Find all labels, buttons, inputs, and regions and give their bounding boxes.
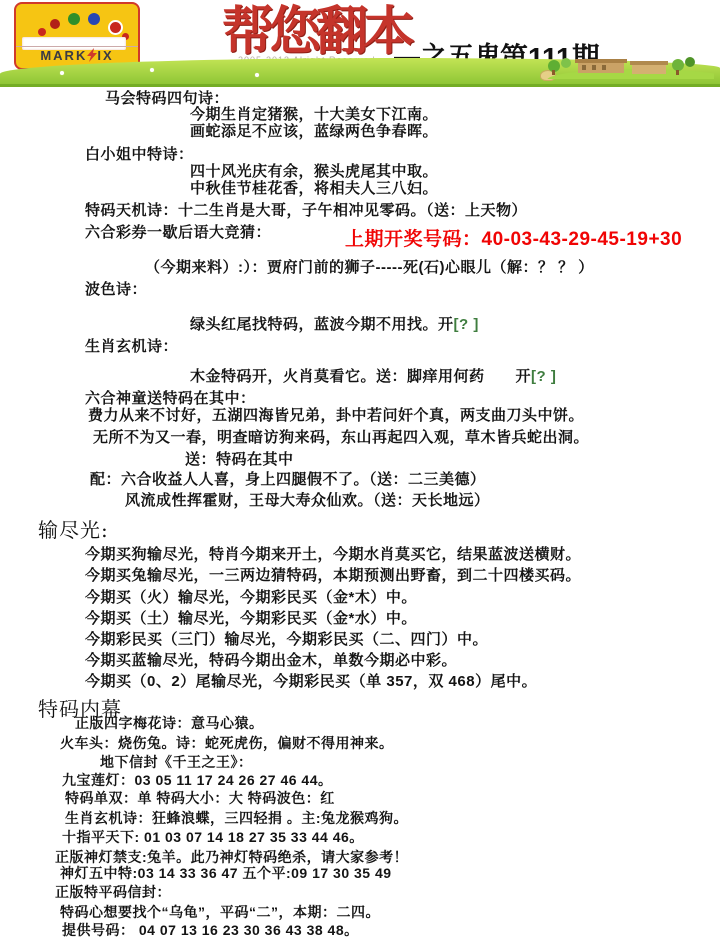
flower-dot — [150, 68, 154, 72]
logo-dot — [108, 20, 123, 35]
open-unknown-bracket: [? ] — [454, 316, 479, 333]
doc-line-shujinguang: 今期买狗输尽光，特肖今期来开土，今期水肖莫买它，结果蓝波送横财。 — [85, 546, 581, 563]
logo-brand-left: MARK — [40, 48, 87, 63]
doc-line-jiubaoliandeng: 九宝莲灯：03 05 11 17 24 26 27 46 44。 — [62, 772, 333, 788]
doc-line-xinfeng: 地下信封《千王之王》： — [100, 754, 253, 770]
doc-line-shujinguang: 今期买兔输尽光，一三两边猜特码，本期预测出野畜，到二十四楼买码。 — [85, 567, 581, 584]
doc-line-text: 绿头红尾找特码，蓝波今期不用找。开 — [190, 316, 454, 333]
doc-line-shujinguang: 今期买（火）输尽光，今期彩民买（金*木）中。 — [85, 589, 417, 606]
doc-line-shujinguang: 今期买（土）输尽光，今期彩民买（金*水）中。 — [85, 610, 417, 627]
doc-line-laiLiao: （今期来料）:）：贾府门前的狮子-----死(石)心眼儿（解：？ ？ ） — [145, 259, 594, 276]
doc-line-tigonghaoma: 提供号码： 04 07 13 16 23 30 36 43 38 48。 — [62, 922, 359, 938]
flower-dot — [60, 71, 64, 75]
doc-line-shujinguang: 今期彩民买（三门）输尽光，今期彩民买（二、四门）中。 — [85, 631, 488, 648]
doc-line-poem: 四十风光庆有余，猴头虎尾其中取。 — [190, 163, 438, 180]
doc-line-song: 送：特码在其中 — [185, 451, 294, 468]
doc-line-mahui-title: 马会特码四句诗： — [105, 90, 229, 107]
logo-dot — [68, 13, 80, 25]
grass-strip — [0, 58, 720, 87]
logo-brand-right: IX — [97, 48, 113, 63]
doc-line-poem: 中秋佳节桂花香，将相夫人三八妇。 — [190, 180, 438, 197]
logo-dot — [50, 19, 60, 29]
doc-line-xuanji: 生肖玄机诗：狂蜂浪蝶，三四轻捐 。主:兔龙猴鸡狗。 — [65, 810, 408, 826]
doc-line-poem: 风流成性挥霍财，王母大寿众仙欢。（送：天长地远） — [125, 492, 490, 509]
doc-line-bose-poem: 绿头红尾找特码，蓝波今期不用找。开[? ] — [190, 316, 479, 333]
doc-line-shizhi: 十指平天下: 01 03 07 14 18 27 35 33 44 46。 — [62, 829, 364, 845]
logo-dot — [38, 28, 46, 36]
doc-line-shendeng-wuzhongte: 神灯五中特:03 14 33 36 47 五个平:09 17 30 35 49 — [60, 865, 392, 881]
village-art — [544, 53, 714, 84]
doc-line-poem: 画蛇添足不应该，蓝绿两色争春晖。 — [190, 123, 438, 140]
doc-line-tepingma: 正版特平码信封： — [55, 884, 171, 900]
doc-line-shentong: 六合神童送特码在其中： — [85, 390, 256, 407]
doc-line-boseshi: 波色诗： — [85, 281, 147, 298]
doc-line-text: 木金特码开，火肖莫看它。送：脚痒用何药 开 — [190, 368, 531, 385]
lightning-bolt-icon — [87, 48, 97, 65]
logo-dot — [88, 13, 100, 25]
mark-six-logo: MARKIX — [14, 2, 140, 70]
doc-line-poem: 今期生肖定猪猴，十大美女下江南。 — [190, 106, 438, 123]
doc-line-xiehouyu: 六合彩券一歇后语大竞猜： — [85, 224, 271, 241]
page: MARKIX 帮您翻本 —之五鬼 第111期 2005-2013 Alright… — [0, 0, 720, 942]
doc-line-meihua: 正版四字梅花诗：意马心猿。 — [75, 715, 264, 731]
doc-line-poem: 无所不为又一春，明查暗访狗来码，东山再起四入观，草木皆兵蛇出洞。 — [93, 429, 589, 446]
open-unknown-bracket: [? ] — [531, 368, 556, 385]
doc-line-baixiaojie: 白小姐中特诗： — [85, 146, 194, 163]
doc-line-shujinguang: 今期买蓝输尽光，特码今期出金木，单数今期必中彩。 — [85, 652, 457, 669]
page-title: 帮您翻本 — [222, 6, 410, 58]
doc-line-shujinguang: 今期买（0、2）尾输尽光，今期彩民买（单 357，双 468）尾中。 — [85, 673, 537, 690]
doc-line-shengxiao: 生肖玄机诗： — [85, 338, 178, 355]
section-heading-shujinguang: 输尽光: — [38, 514, 109, 543]
doc-line-danshuang: 特码单双：单 特码大小：大 特码波色：红 — [65, 790, 335, 806]
doc-line-pei: 配：六合收益人人喜，身上四腿假不了。（送：二三美德） — [90, 471, 486, 488]
flower-dot — [255, 73, 259, 77]
doc-line-tianji-poem: 特码天机诗：十二生肖是大哥，子午相冲见零码。（送：上天物） — [85, 202, 527, 219]
doc-line-shendeng-jinzhi: 正版神灯禁支:兔羊。此乃神灯特码绝杀，请大家参考！ — [55, 849, 408, 865]
doc-line-shengxiao-poem: 木金特码开，火肖莫看它。送：脚痒用何药 开[? ] — [190, 368, 556, 385]
doc-line-huochetou: 火车头：烧伤兔。诗：蛇死虎伤，偏财不得用神来。 — [60, 735, 394, 751]
doc-line-poem: 费力从来不讨好，五湖四海皆兄弟，卦中若问奸个真，两支曲刀头中饼。 — [88, 407, 584, 424]
previous-draw-result: 上期开奖号码：40-03-43-29-45-19+30 — [345, 224, 682, 251]
doc-line-wugui: 特码心想要找个“乌龟”，平码“二”，本期：二四。 — [60, 904, 380, 920]
